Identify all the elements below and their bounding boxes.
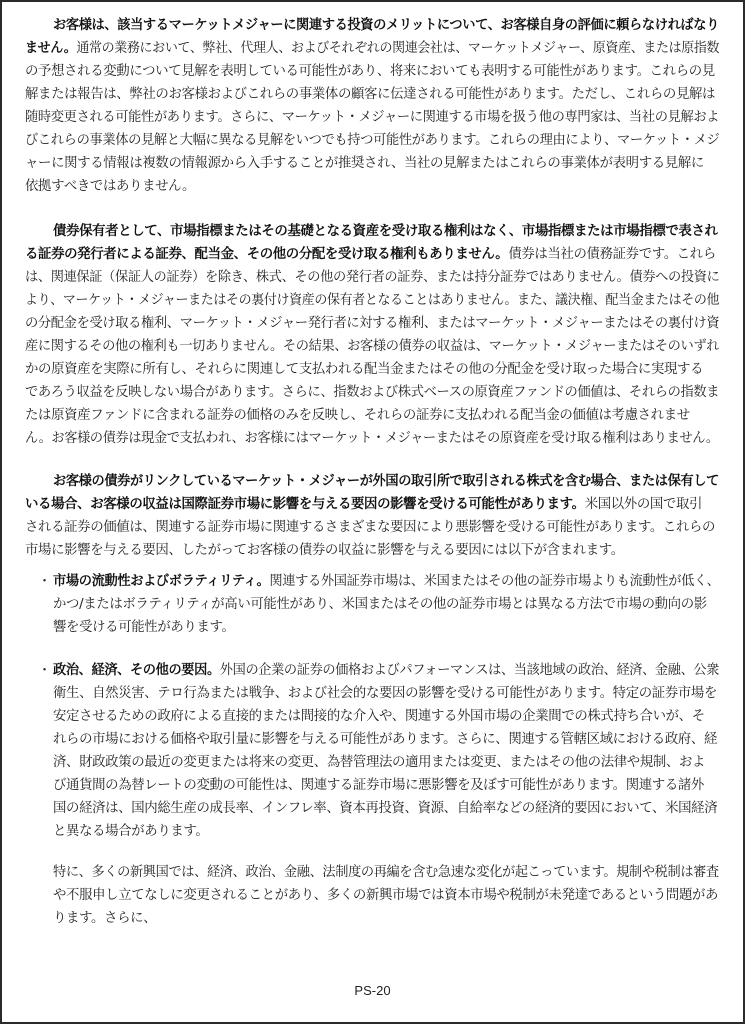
document-page: お客様は、該当するマーケットメジャーに関連する投資のメリットについて、お客様自身… — [0, 0, 745, 1024]
text-line: 市場の流動性およびボラティリティ。関連する外国証券市場は、米国またはその他の証券… — [53, 570, 719, 593]
text-line: 市場に影響を与える要因、したがってお客様の債券の収益に影響を与える要因には以下が… — [25, 539, 624, 562]
text-line: 随時変更される可能性があります。さらに、マーケット・メジャーに関連する市場を扱う… — [25, 106, 719, 129]
text-line: たは原資産ファンドに含まれる証券の価格のみを反映し、それらの証券に支払われる配当… — [25, 404, 690, 427]
text-line: 済、財政政策の最近の変更または将来の変更、為替管理法の適用または変更、またはその… — [53, 751, 705, 774]
bullet-icon: ・ — [38, 570, 51, 593]
text-line: びこれらの事業体の見解と大幅に異なる見解をいつでも持つ可能性があります。これらの… — [25, 129, 719, 152]
text-line: は、関連保証（保証人の証券）を除き、株式、その他の発行者の証券、または持分証券で… — [25, 266, 719, 289]
text-line: より、マーケット・メジャーまたはその裏付け資産の保有者となることはありません。ま… — [25, 289, 719, 312]
text-line: れらの市場における価格や取引量に影響を与える可能性があります。さらに、関連する管… — [53, 728, 717, 751]
text-line: お客様の債券がリンクしているマーケット・メジャーが外国の取引所で取引される株式を… — [53, 470, 719, 493]
text-line: び通貨間の為替レートの変動の可能性は、関連する証券市場に悪影響を及ぼす可能性があ… — [53, 774, 704, 797]
text-line: かつ/またはボラティリティが高い可能性があり、米国またはその他の証券市場とは異な… — [53, 593, 707, 616]
text-line: の分配金を受け取る権利、マーケット・メジャー発行者に対する権利、またはマーケット… — [25, 312, 719, 335]
text-line: 政治、経済、その他の要因。外国の企業の証券の価格およびパフォーマンスは、当該地域… — [53, 659, 719, 682]
text-line: 解または報告は、弊社のお客様およびこれらの事業体の顧客に伝達される可能性がありま… — [25, 83, 715, 106]
text-line: 衛生、自然災害、テロ行為または戦争、および社会的な要因の影響を受ける可能性があり… — [53, 682, 717, 705]
text-line: お客様は、該当するマーケットメジャーに関連する投資のメリットについて、お客様自身… — [53, 14, 719, 37]
text-line: ん。お客様の債券は現金で支払われ、お客様にはマーケット・メジャーまたはその原資産… — [25, 427, 719, 450]
text-line: であろう収益を反映しない場合があります。さらに、指数および株式ベースの原資産ファ… — [25, 381, 719, 404]
text-line: ャーに関する情報は複数の情報源から入手することが推奨され、当社の見解またはこれら… — [25, 152, 704, 175]
text-line: 債券保有者として、市場指標またはその基礎となる資産を受け取る権利はなく、市場指標… — [53, 220, 718, 243]
text-line: 響を受ける可能性があります。 — [53, 616, 235, 639]
text-line: かの原資産を実際に所有し、それらに関連して支払われる配当金またはその他の分配金を… — [25, 358, 703, 381]
text-line: 産に関するその他の権利も一切ありません。その結果、お客様の債券の収益は、マーケッ… — [25, 335, 719, 358]
text-line: ません。通常の業務において、弊社、代理人、およびそれぞれの関連会社は、マーケット… — [25, 37, 719, 60]
text-line: 国の経済は、国内総生産の成長率、インフレ率、資本再投資、資源、自給率などの経済的… — [53, 797, 717, 820]
text-line: 安定させるための政府による直接的または間接的な介入や、関連する外国市場の企業間で… — [53, 705, 705, 728]
text-line: や不服申し立てなしに変更されることがあり、多くの新興市場では資本市場や税制が未発… — [53, 884, 718, 907]
text-line: いる場合、お客様の収益は国際証券市場に影響を与える要因の影響を受ける可能性があり… — [25, 493, 702, 516]
text-line: る証券の発行者による証券、配当金、その他の分配を受け取る権利もありません。債券は… — [25, 243, 716, 266]
text-line: ります。さらに、 — [53, 907, 156, 930]
text-line: される証券の価値は、関連する証券市場に関連するさまざまな要因により悪影響を受ける… — [25, 516, 715, 539]
bullet-icon: ・ — [38, 659, 51, 682]
text-line: と異なる場合があります。 — [53, 820, 208, 843]
page-number: PS-20 — [2, 983, 743, 998]
text-line: の予想される変動について見解を表明している可能性があり、将来においても表明する可… — [25, 60, 715, 83]
text-line: 特に、多くの新興国では、経済、政治、金融、法制度の再編を含む急速な変化が起こって… — [53, 861, 719, 884]
text-line: 依拠すべきではありません。 — [25, 175, 195, 198]
